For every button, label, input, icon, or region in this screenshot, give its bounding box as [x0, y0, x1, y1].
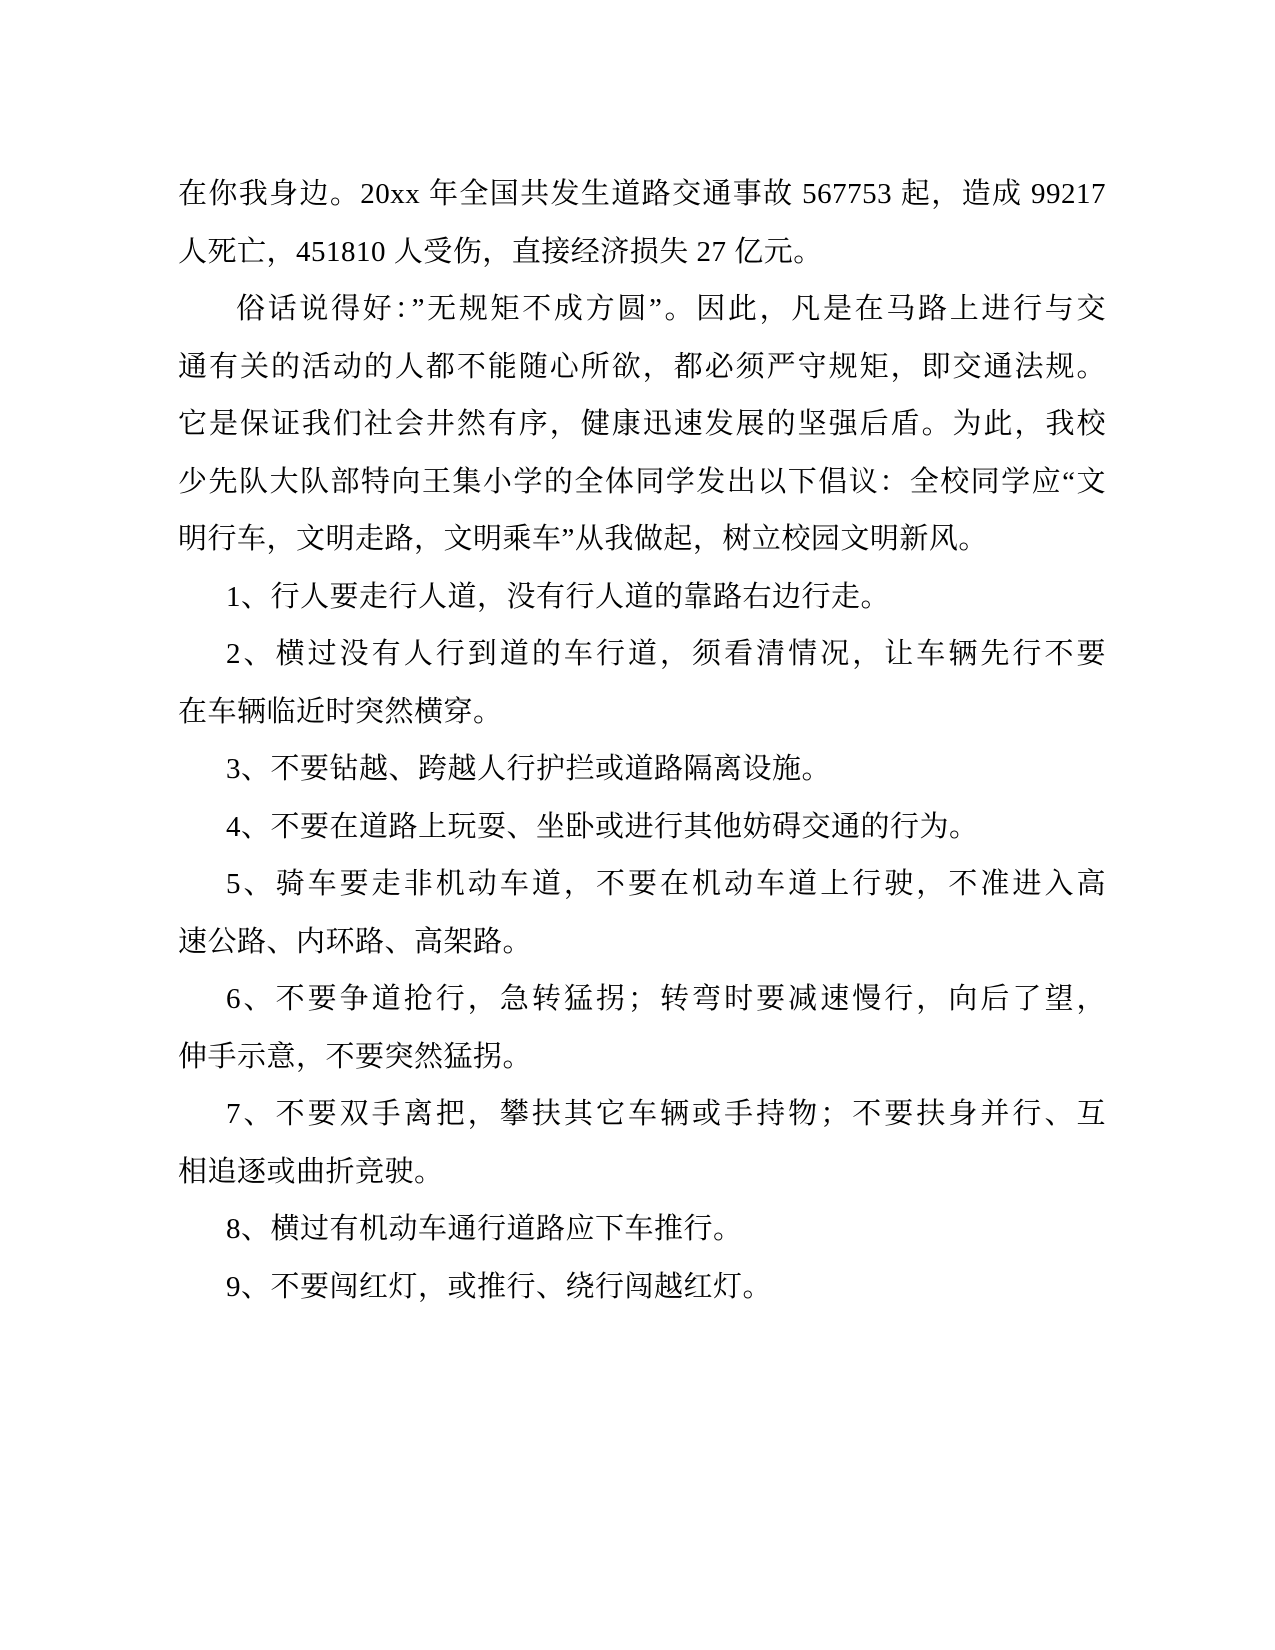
list-item-9: 9、不要闯红灯，或推行、绕行闯越红灯。 [178, 1259, 1106, 1317]
text-line-4: 通有关的活动的人都不能随心所欲，都必须严守规矩，即交通法规。 [178, 339, 1106, 397]
document-text-block: 在你我身边。20xx 年全国共发生道路交通事故 567753 起，造成 9921… [178, 166, 1106, 1316]
list-item-4: 4、不要在道路上玩耍、坐卧或进行其他妨碍交通的行为。 [178, 799, 1106, 857]
document-page: 在你我身边。20xx 年全国共发生道路交通事故 567753 起，造成 9921… [0, 0, 1275, 1650]
text-line-1: 在你我身边。20xx 年全国共发生道路交通事故 567753 起，造成 9921… [178, 166, 1106, 224]
list-item-6-continuation: 伸手示意，不要突然猛拐。 [178, 1029, 1106, 1087]
text-line-2: 人死亡，451810 人受伤，直接经济损失 27 亿元。 [178, 224, 1106, 282]
list-item-5-continuation: 速公路、内环路、高架路。 [178, 914, 1106, 972]
list-item-1: 1、行人要走行人道，没有行人道的靠路右边行走。 [178, 569, 1106, 627]
list-item-7: 7、不要双手离把，攀扶其它车辆或手持物；不要扶身并行、互 [178, 1086, 1106, 1144]
list-item-3: 3、不要钻越、跨越人行护拦或道路隔离设施。 [178, 741, 1106, 799]
list-item-6: 6、不要争道抢行，急转猛拐；转弯时要减速慢行，向后了望， [178, 971, 1106, 1029]
text-line-3: 俗话说得好：”无规矩不成方圆”。因此，凡是在马路上进行与交 [178, 281, 1106, 339]
text-line-6: 少先队大队部特向王集小学的全体同学发出以下倡议：全校同学应“文 [178, 454, 1106, 512]
list-item-2: 2、横过没有人行到道的车行道，须看清情况，让车辆先行不要 [178, 626, 1106, 684]
list-item-2-continuation: 在车辆临近时突然横穿。 [178, 684, 1106, 742]
text-line-7: 明行车，文明走路，文明乘车”从我做起，树立校园文明新风。 [178, 511, 1106, 569]
list-item-5: 5、骑车要走非机动车道，不要在机动车道上行驶，不准进入高 [178, 856, 1106, 914]
list-item-8: 8、横过有机动车通行道路应下车推行。 [178, 1201, 1106, 1259]
text-line-5: 它是保证我们社会井然有序，健康迅速发展的坚强后盾。为此，我校 [178, 396, 1106, 454]
list-item-7-continuation: 相追逐或曲折竞驶。 [178, 1144, 1106, 1202]
